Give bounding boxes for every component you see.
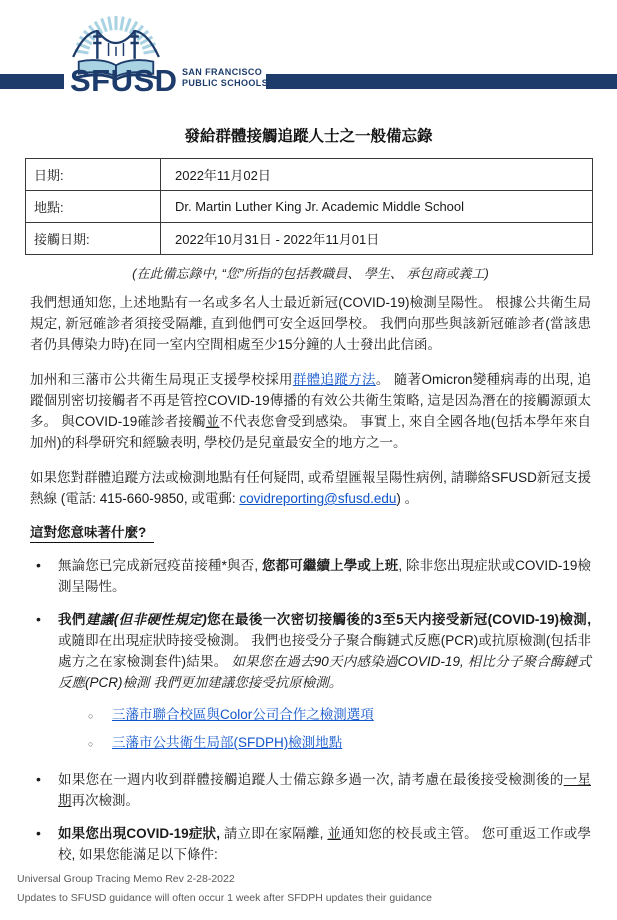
logo-wordmark: SFUSD xyxy=(70,63,178,99)
location-label: 地點: xyxy=(26,191,161,223)
covid-reporting-email-link[interactable]: covidreporting@sfusd.edu xyxy=(239,491,396,506)
bullet-list-continued: 如果您在一週内收到群體接觸追蹤人士備忘錄多過一次, 請考慮在最後接受檢測後的一星… xyxy=(30,769,591,865)
testing-links-list: 三藩市聯合校區與Color公司合作之檢測選項 三藩市公共衛生局部(SFDPH)檢… xyxy=(86,703,591,755)
list-item-color-testing: 三藩市聯合校區與Color公司合作之檢測選項 xyxy=(86,703,591,727)
exposure-dates-label: 接觸日期: xyxy=(26,223,161,255)
color-testing-link[interactable]: 三藩市聯合校區與Color公司合作之檢測選項 xyxy=(112,707,374,722)
memo-title: 發給群體接觸追蹤人士之一般備忘錄 xyxy=(0,124,617,146)
paragraph-group-tracing: 加州和三藩市公共衛生局現正支援學校採用群體追蹤方法。 隨著Omicron變種病毒… xyxy=(30,369,591,453)
footer: Universal Group Tracing Memo Rev 2-28-20… xyxy=(17,870,432,908)
sfdph-testing-link[interactable]: 三藩市公共衛生局部(SFDPH)檢測地點 xyxy=(112,735,342,750)
table-row-location: 地點: Dr. Martin Luther King Jr. Academic … xyxy=(26,191,593,223)
b3-pre: 如果您在一週内收到群體接觸追蹤人士備忘錄多過一次, 請考慮在最後接受檢測後的 xyxy=(58,772,564,787)
navy-bar-right xyxy=(266,74,617,89)
memo-page: SFUSD SAN FRANCISCO PUBLIC SCHOOLS 發給群體接… xyxy=(0,0,617,920)
exposure-dates-value: 2022年10月31日 - 2022年11月01日 xyxy=(161,223,593,255)
group-tracing-method-link[interactable]: 群體追蹤方法 xyxy=(293,372,376,387)
footer-guidance-line: Updates to SFUSD guidance will often occ… xyxy=(17,889,432,908)
logo-subtext: SAN FRANCISCO PUBLIC SCHOOLS xyxy=(182,67,268,89)
b4-bold: 如果您出現COVID-19症狀, xyxy=(58,826,220,841)
b3-post: 再次檢測。 xyxy=(72,793,140,808)
bullet-list: 無論您已完成新冠疫苗接種*與否, 您都可繼續上學或上班, 除非您出現症狀或COV… xyxy=(30,555,591,693)
p2-text-before-link: 加州和三藩市公共衛生局現正支援學校採用 xyxy=(30,372,293,387)
logo-subtext-line1: SAN FRANCISCO xyxy=(182,67,268,78)
bullet-multiple-memos: 如果您在一週内收到群體接觸追蹤人士備忘錄多過一次, 請考慮在最後接受檢測後的一星… xyxy=(30,769,591,811)
navy-bar-left xyxy=(0,74,64,89)
definition-note: (在此備忘錄中, “您”所指的包括教職員、 學生、 承包商或義工) xyxy=(30,263,591,282)
table-row-exposure-dates: 接觸日期: 2022年10月31日 - 2022年11月01日 xyxy=(26,223,593,255)
paragraph-contact-info: 如果您對群體追蹤方法或檢測地點有任何疑問, 或希望匯報呈陽性病例, 請聯絡SFU… xyxy=(30,467,591,509)
b4-underlined: 並 xyxy=(327,826,341,841)
date-label: 日期: xyxy=(26,159,161,191)
b2-bold-post: 您在最後一次密切接觸後的3至5天内接受新冠(COVID-19)檢測, xyxy=(207,612,591,627)
b1-bold: 您都可繼續上學或上班 xyxy=(262,558,398,573)
paragraph-notification: 我們想通知您, 上述地點有一名或多名人士最近新冠(COVID-19)檢測呈陽性。… xyxy=(30,292,591,355)
section-heading-text: 這對您意味著什麼? xyxy=(30,521,154,543)
b2-bold-pre: 我們 xyxy=(58,612,86,627)
info-table: 日期: 2022年11月02日 地點: Dr. Martin Luther Ki… xyxy=(25,158,593,255)
p2-underlined-char: 並 xyxy=(206,414,220,429)
bullet-attend-school: 無論您已完成新冠疫苗接種*與否, 您都可繼續上學或上班, 除非您出現症狀或COV… xyxy=(30,555,591,597)
location-value: Dr. Martin Luther King Jr. Academic Midd… xyxy=(161,191,593,223)
date-value: 2022年11月02日 xyxy=(161,159,593,191)
list-item-sfdph-testing: 三藩市公共衛生局部(SFDPH)檢測地點 xyxy=(86,731,591,755)
footer-revision-line: Universal Group Tracing Memo Rev 2-28-20… xyxy=(17,870,432,889)
bullet-symptoms: 如果您出現COVID-19症狀, 請立即在家隔離, 並通知您的校長或主管。 您可… xyxy=(30,823,591,865)
p3-text-after-email: ) 。 xyxy=(396,491,418,506)
b1-pre: 無論您已完成新冠疫苗接種*與否, xyxy=(58,558,262,573)
logo-subtext-line2: PUBLIC SCHOOLS xyxy=(182,78,268,89)
header: SFUSD SAN FRANCISCO PUBLIC SCHOOLS xyxy=(0,0,617,104)
section-heading: 這對您意味著什麼? xyxy=(30,521,617,543)
table-row-date: 日期: 2022年11月02日 xyxy=(26,159,593,191)
b4-mid: 請立即在家隔離, xyxy=(220,826,327,841)
bullet-testing-recommendation: 我們建議(但非硬性規定)您在最後一次密切接觸後的3至5天内接受新冠(COVID-… xyxy=(30,609,591,693)
b2-bold-italic: 建議(但非硬性規定) xyxy=(86,612,207,627)
